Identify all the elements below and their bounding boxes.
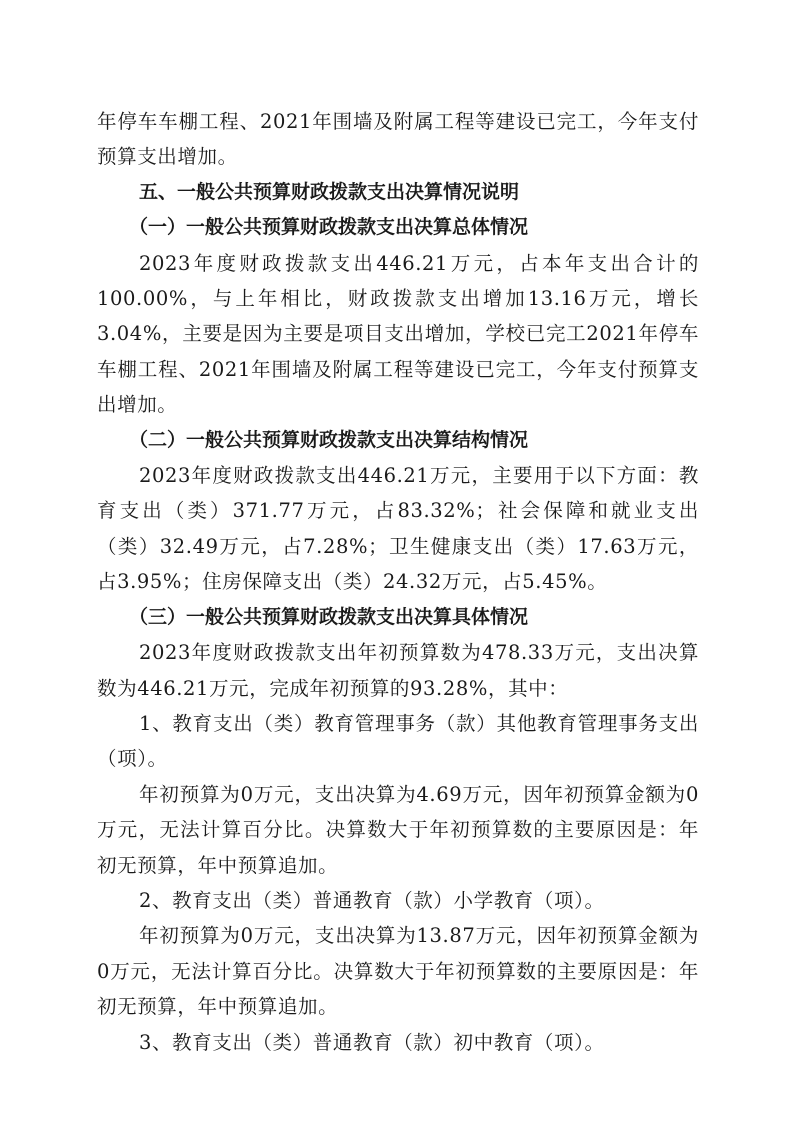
section-heading-5: 五、一般公共预算财政拨款支出决算情况说明 (97, 175, 699, 210)
subsection-heading-3: （三）一般公共预算财政拨款支出决算具体情况 (97, 600, 699, 635)
item-3-title: 3、教育支出（类）普通教育（款）初中教育（项）。 (97, 1025, 699, 1060)
item-2-title: 2、教育支出（类）普通教育（款）小学教育（项）。 (97, 883, 699, 918)
item-1-title: 1、教育支出（类）教育管理事务（款）其他教育管理事务支出（项）。 (97, 706, 699, 777)
paragraph-structure: 2023年度财政拨款支出446.21万元，主要用于以下方面：教育支出（类）371… (97, 458, 699, 600)
item-1-body: 年初预算为0万元，支出决算为4.69万元，因年初预算金额为0万元，无法计算百分比… (97, 777, 699, 883)
subsection-heading-2: （二）一般公共预算财政拨款支出决算结构情况 (97, 423, 699, 458)
paragraph-overall: 2023年度财政拨款支出446.21万元，占本年支出合计的100.00%，与上年… (97, 246, 699, 423)
paragraph-detail-intro: 2023年度财政拨款支出年初预算数为478.33万元，支出决算数为446.21万… (97, 635, 699, 706)
item-2-body: 年初预算为0万元，支出决算为13.87万元，因年初预算金额为0万元，无法计算百分… (97, 918, 699, 1024)
document-page: 年停车车棚工程、2021年围墙及附属工程等建设已完工，今年支付预算支出增加。 五… (97, 104, 699, 1060)
subsection-heading-1: （一）一般公共预算财政拨款支出决算总体情况 (97, 210, 699, 245)
paragraph-continuation: 年停车车棚工程、2021年围墙及附属工程等建设已完工，今年支付预算支出增加。 (97, 104, 699, 175)
